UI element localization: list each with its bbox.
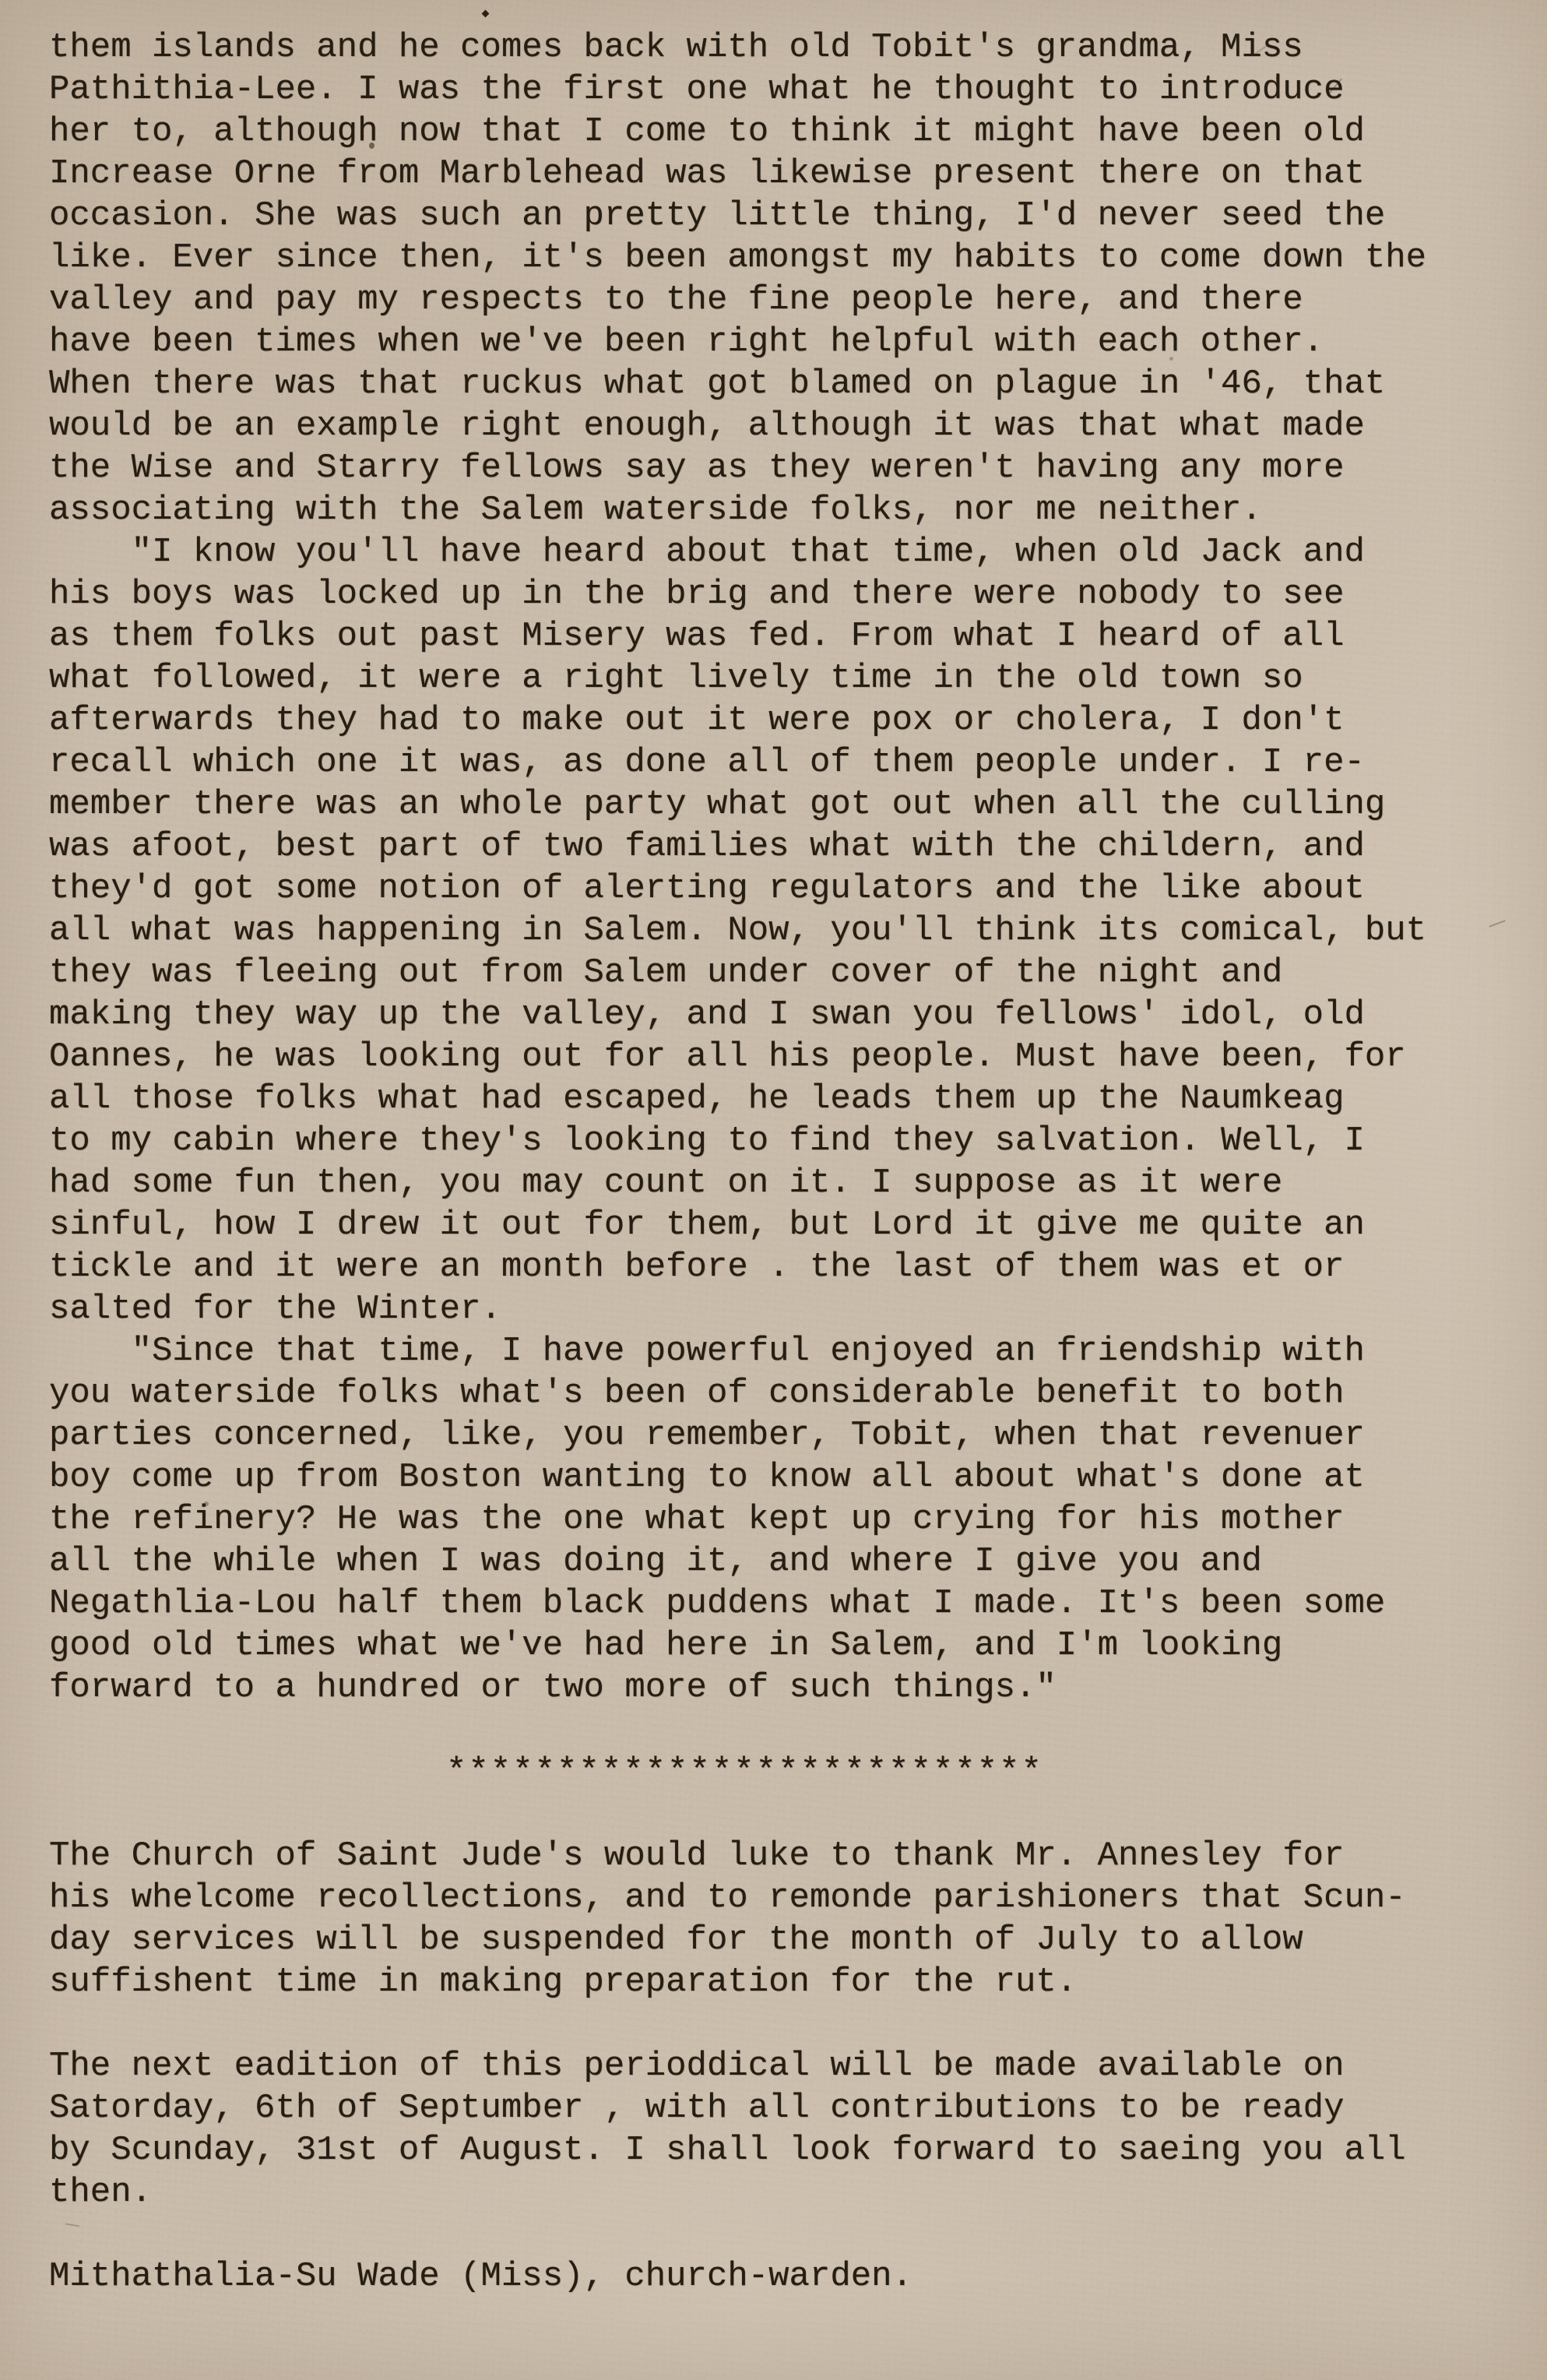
ink-speck xyxy=(482,10,490,18)
star-divider: *************************** xyxy=(49,1751,1516,1793)
story-text: them islands and he comes back with old … xyxy=(49,26,1516,1709)
next-edition-notice: The next eadition of this perioddical wi… xyxy=(49,2045,1516,2213)
signature-line: Mithathalia-Su Wade (Miss), church-warde… xyxy=(49,2255,1516,2297)
page-content: them islands and he comes back with old … xyxy=(49,26,1516,2297)
church-notice: The Church of Saint Jude's would luke to… xyxy=(49,1835,1516,2003)
newsletter-page: them islands and he comes back with old … xyxy=(0,0,1547,2380)
